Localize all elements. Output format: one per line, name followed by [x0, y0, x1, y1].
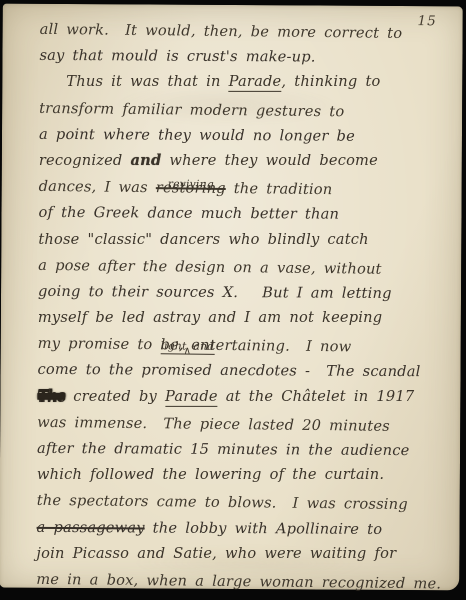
manuscript-line: say that mould is crust's make-up.	[39, 43, 450, 72]
handwritten-text: at the Châtelet in 1917	[218, 387, 415, 404]
manuscript-line: going to their sources X. But I am letti…	[38, 279, 449, 308]
manuscript-line: a pose after the design on a vase, witho…	[38, 253, 449, 284]
handwritten-text: entertaining. I now	[191, 337, 351, 356]
manuscript-page: 15 all work. It would, then, be more cor…	[0, 4, 463, 591]
handwritten-text: a pose after the design on a vase, witho…	[38, 257, 382, 278]
handwritten-text: transform familiar modern gestures to	[39, 99, 344, 119]
manuscript-line: The created by Parade at the Châtelet in…	[37, 383, 448, 409]
handwritten-text: the tradition	[226, 180, 333, 198]
manuscript-line: which followed the lowering of the curta…	[37, 462, 448, 488]
handwritten-text: and	[131, 152, 162, 169]
inserted-word-above: reviving	[168, 180, 214, 191]
handwritten-text: come to the promised anecdotes - The sca…	[38, 361, 421, 380]
manuscript-line: Thus it was that in Parade, thinking to	[39, 69, 450, 95]
manuscript-lines: all work. It would, then, be more correc…	[36, 17, 451, 596]
handwritten-text: a point where they would no longer be	[39, 126, 355, 145]
handwritten-text: after the dramatic 15 minutes in the aud…	[37, 440, 410, 459]
manuscript-line: recognized and where they would become	[39, 148, 450, 174]
manuscript-line: come to the promised anecdotes - The sca…	[37, 357, 448, 386]
handwritten-text: me in a box, when a large woman recogniz…	[36, 571, 441, 593]
handwritten-text: going to their sources X. But I am letti…	[38, 283, 392, 302]
handwritten-text: created by	[65, 387, 165, 404]
handwritten-text: was immense. The piece lasted 20 minutes	[37, 414, 390, 435]
handwritten-text: the spectators came to blows. I was cros…	[37, 492, 408, 513]
photo-background: 15 all work. It would, then, be more cor…	[0, 0, 466, 600]
underlined-word: Parade	[165, 387, 218, 406]
manuscript-line: of the Greek dance much better than	[38, 200, 449, 229]
handwritten-text: join Picasso and Satie, who were waiting…	[36, 545, 396, 562]
handwritten-text: myself be led astray and I am not keepin…	[38, 309, 382, 326]
manuscript-line: all work. It would, then, be more correc…	[39, 17, 450, 48]
struck-word: a passageway	[37, 518, 145, 536]
manuscript-line: my promise to be,∧light andentertaining.…	[38, 331, 449, 362]
handwritten-text: those "classic" dancers who blindly catc…	[38, 230, 368, 247]
manuscript-line: the spectators came to blows. I was cros…	[37, 488, 448, 519]
handwritten-text: which followed the lowering of the curta…	[37, 466, 384, 483]
manuscript-line: was immense. The piece lasted 20 minutes	[37, 410, 448, 441]
scribbled-out-word: The	[37, 387, 65, 404]
handwritten-text: recognized	[39, 152, 131, 169]
manuscript-line: myself be led astray and I am not keepin…	[38, 305, 449, 331]
corrected-word: ∧light and	[183, 333, 191, 366]
manuscript-line: me in a box, when a large woman recogniz…	[36, 567, 447, 598]
handwritten-text: dances, I was	[39, 178, 156, 196]
manuscript-line: those "classic" dancers who blindly catc…	[38, 226, 449, 252]
manuscript-line: a passageway the lobby with Apollinaire …	[37, 514, 448, 543]
handwritten-text: of the Greek dance much better than	[38, 204, 339, 223]
handwritten-text: Thus it was that in	[66, 73, 228, 90]
handwritten-text: say that mould is crust's make-up.	[39, 47, 315, 66]
corrected-word: restoringreviving	[156, 175, 226, 202]
inserted-word-above: light and	[160, 341, 214, 354]
handwritten-text: the lobby with Apollinaire to	[145, 519, 383, 537]
manuscript-line: after the dramatic 15 minutes in the aud…	[37, 436, 448, 465]
handwritten-text: all work. It would, then, be more correc…	[40, 21, 403, 42]
manuscript-line: transform familiar modern gestures to	[39, 95, 450, 126]
handwritten-text: , thinking to	[281, 73, 380, 90]
underlined-word: Parade	[229, 73, 282, 92]
manuscript-line: join Picasso and Satie, who were waiting…	[36, 541, 447, 567]
manuscript-line: dances, I was restoringreviving the trad…	[39, 174, 450, 205]
handwritten-text: where they would become	[161, 152, 378, 169]
